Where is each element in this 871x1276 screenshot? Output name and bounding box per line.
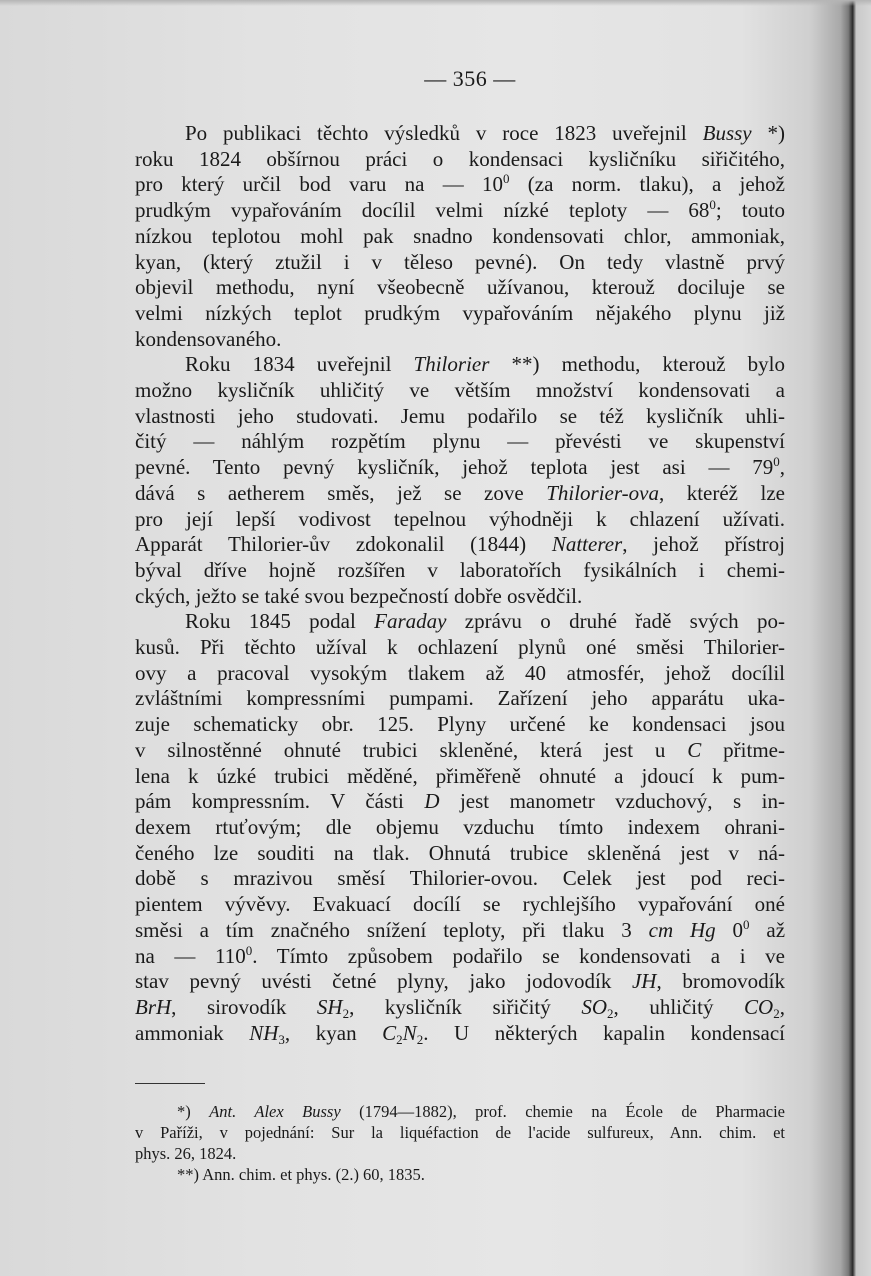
text-line: lena k úzké trubici měděné, přiměřeně oh… <box>135 764 785 790</box>
footnote-divider <box>135 1083 205 1084</box>
italic-run: Natterer <box>552 532 622 556</box>
text-line: ovy a pracoval vysokým tlakem až 40 atmo… <box>135 661 785 687</box>
text-run: době s mrazivou směsí Thilorier-ovou. Ce… <box>135 866 785 890</box>
text-line: čeného lze souditi na tlak. Ohnutá trubi… <box>135 841 785 867</box>
top-edge-shadow <box>0 0 871 6</box>
footnotes: *) Ant. Alex Bussy (1794—1882), prof. ch… <box>135 1101 785 1185</box>
text-run: . Tímto způsobem podařilo se kondensovat… <box>252 944 785 968</box>
text-run: objevil methodu, nyní všeobecně užívanou… <box>135 275 785 299</box>
text-line: Roku 1845 podal Faraday zprávu o druhé ř… <box>135 609 785 635</box>
text-run: dexem rtuťovým; dle objemu vzduchu tímto… <box>135 815 785 839</box>
italic-run: D <box>424 789 439 813</box>
text-line: pám kompressním. V části D jest manometr… <box>135 789 785 815</box>
text-run: možno kysličník uhličitý ve větším množs… <box>135 378 785 402</box>
text-line: stav pevný uvésti četné plyny, jako jodo… <box>135 969 785 995</box>
text-run: vlastnosti jeho studovati. Jemu podařilo… <box>135 404 785 428</box>
footnote-line: phys. 26, 1824. <box>135 1143 785 1164</box>
text-run: stav pevný uvésti četné plyny, jako jodo… <box>135 969 632 993</box>
italic-run: JH <box>632 969 657 993</box>
text-run: dává s aetherem směs, jež se zove <box>135 481 546 505</box>
text-run: býval dříve hojně rozšířen v laboratoříc… <box>135 558 785 582</box>
text-run: , bromovodík <box>656 969 785 993</box>
text-run: , <box>780 455 785 479</box>
text-run: v silnostěnné ohnuté trubici skleněné, k… <box>135 738 687 762</box>
text-line: kyan, (který ztužil i v těleso pevné). O… <box>135 250 785 276</box>
italic-run: Bussy <box>703 121 752 145</box>
text-line: dexem rtuťovým; dle objemu vzduchu tímto… <box>135 815 785 841</box>
text-run: lena k úzké trubici měděné, přiměřeně oh… <box>135 764 785 788</box>
text-line: na — 1100. Tímto způsobem podařilo se ko… <box>135 944 785 970</box>
body-text: Po publikaci těchto výsledků v roce 1823… <box>135 121 785 1046</box>
text-run: pro její lepší vodivost tepelnou výhodně… <box>135 507 785 531</box>
text-line: kusů. Při těchto užíval k ochlazení plyn… <box>135 635 785 661</box>
italic-run: BrH <box>135 995 171 1019</box>
text-run: *) <box>177 1102 209 1121</box>
text-line: době s mrazivou směsí Thilorier-ovou. Ce… <box>135 866 785 892</box>
text-run: ; touto <box>716 198 785 222</box>
text-run: pientem vývěvy. Evakuací docílí se rychl… <box>135 892 785 916</box>
text-line: v silnostěnné ohnuté trubici skleněné, k… <box>135 738 785 764</box>
paragraph: Roku 1834 uveřejnil Thilorier **) method… <box>135 352 785 609</box>
text-run: . U některých kapalin kondensací <box>423 1021 785 1045</box>
text-run: nízkou teplotou mohl pak snadno kondenso… <box>135 224 785 248</box>
text-run: Apparát Thilorier-ův zdokonalil (1844) <box>135 532 552 556</box>
text-line: roku 1824 obšírnou práci o kondensaci ky… <box>135 147 785 173</box>
text-run: kondensovaného. <box>135 327 281 351</box>
text-run: ammoniak <box>135 1021 249 1045</box>
text-run: zprávu o druhé řadě svých po- <box>446 609 785 633</box>
text-run: zuje schematicky obr. 125. Plyny určené … <box>135 712 785 736</box>
text-line: pro který určil bod varu na — 100 (za no… <box>135 172 785 198</box>
footnote-line: v Paříži, v pojednání: Sur la liquéfacti… <box>135 1122 785 1143</box>
text-line: pientem vývěvy. Evakuací docílí se rychl… <box>135 892 785 918</box>
italic-run: cm Hg <box>649 918 716 942</box>
paragraph: Roku 1845 podal Faraday zprávu o druhé ř… <box>135 609 785 1046</box>
text-line: Apparát Thilorier-ův zdokonalil (1844) N… <box>135 532 785 558</box>
text-run: směsi a tím značného snížení teploty, př… <box>135 918 649 942</box>
text-run: roku 1824 obšírnou práci o kondensaci ky… <box>135 147 785 171</box>
text-run: čeného lze souditi na tlak. Ohnutá trubi… <box>135 841 785 865</box>
text-line: velmi nízkých teplot prudkým vypařováním… <box>135 301 785 327</box>
text-line: vlastnosti jeho studovati. Jemu podařilo… <box>135 404 785 430</box>
text-run: , <box>780 995 785 1019</box>
text-run: , jehož přístroj <box>622 532 785 556</box>
text-run: Roku 1834 uveřejnil <box>185 352 414 376</box>
text-line: pro její lepší vodivost tepelnou výhodně… <box>135 507 785 533</box>
text-line: Po publikaci těchto výsledků v roce 1823… <box>135 121 785 147</box>
text-run: *) <box>752 121 785 145</box>
text-run: pro který určil bod varu na — 10 <box>135 172 503 196</box>
text-run: (1794—1882), prof. chemie na École de Ph… <box>341 1102 785 1121</box>
text-run: kyan, (který ztužil i v těleso pevné). O… <box>135 250 785 274</box>
text-run: pevné. Tento pevný kysličník, jehož tepl… <box>135 455 773 479</box>
scanned-page: — 356 — Po publikaci těchto výsledků v r… <box>0 0 871 1276</box>
footnote-line: **) Ann. chim. et phys. (2.) 60, 1835. <box>135 1164 785 1185</box>
text-run: , kysličník siřičitý <box>349 995 581 1019</box>
text-run: , kyan <box>285 1021 382 1045</box>
text-line: prudkým vypařováním docílil velmi nízké … <box>135 198 785 224</box>
text-run: , sirovodík <box>171 995 317 1019</box>
text-line: objevil methodu, nyní všeobecně užívanou… <box>135 275 785 301</box>
text-run: zvláštními kompressními pumpami. Zařízen… <box>135 686 785 710</box>
text-run: velmi nízkých teplot prudkým vypařováním… <box>135 301 785 325</box>
text-run: čitý — náhlým rozpětím plynu — převésti … <box>135 429 785 453</box>
text-run: pám kompressním. V části <box>135 789 424 813</box>
text-line: ammoniak NH3, kyan C2N2. U některých kap… <box>135 1021 785 1047</box>
text-line: možno kysličník uhličitý ve větším množs… <box>135 378 785 404</box>
italic-run: C <box>382 1021 396 1045</box>
text-run: , kteréž lze <box>659 481 785 505</box>
text-run: **) methodu, kterouž bylo <box>489 352 785 376</box>
text-run: Roku 1845 podal <box>185 609 374 633</box>
text-run: přitme- <box>701 738 785 762</box>
italic-run: Ant. Alex Bussy <box>209 1102 340 1121</box>
italic-run: C <box>687 738 701 762</box>
italic-run: SO <box>581 995 607 1019</box>
italic-run: SH <box>317 995 343 1019</box>
footnote-line: *) Ant. Alex Bussy (1794—1882), prof. ch… <box>135 1101 785 1122</box>
text-run: v Paříži, v pojednání: Sur la liquéfacti… <box>135 1123 785 1142</box>
text-line: ckých, ježto se také svou bezpečností do… <box>135 584 785 610</box>
text-run: phys. 26, 1824. <box>135 1144 236 1163</box>
text-line: kondensovaného. <box>135 327 785 353</box>
text-line: čitý — náhlým rozpětím plynu — převésti … <box>135 429 785 455</box>
text-run: ovy a pracoval vysokým tlakem až 40 atmo… <box>135 661 785 685</box>
footnote: *) Ant. Alex Bussy (1794—1882), prof. ch… <box>135 1101 785 1164</box>
text-run: prudkým vypařováním docílil velmi nízké … <box>135 198 709 222</box>
footnote: **) Ann. chim. et phys. (2.) 60, 1835. <box>135 1164 785 1185</box>
text-line: směsi a tím značného snížení teploty, př… <box>135 918 785 944</box>
paragraph: Po publikaci těchto výsledků v roce 1823… <box>135 121 785 352</box>
italic-run: CO <box>744 995 773 1019</box>
text-run: (za norm. tlaku), a jehož <box>510 172 786 196</box>
text-line: BrH, sirovodík SH2, kysličník siřičitý S… <box>135 995 785 1021</box>
italic-run: N <box>403 1021 417 1045</box>
text-run: ckých, ježto se také svou bezpečností do… <box>135 584 582 608</box>
text-run: na — 110 <box>135 944 246 968</box>
text-line: pevné. Tento pevný kysličník, jehož tepl… <box>135 455 785 481</box>
text-run: až <box>750 918 786 942</box>
text-line: Roku 1834 uveřejnil Thilorier **) method… <box>135 352 785 378</box>
italic-run: NH <box>249 1021 278 1045</box>
text-run: , uhličitý <box>614 995 745 1019</box>
text-run: Po publikaci těchto výsledků v roce 1823… <box>185 121 703 145</box>
text-line: dává s aetherem směs, jež se zove Thilor… <box>135 481 785 507</box>
text-line: zuje schematicky obr. 125. Plyny určené … <box>135 712 785 738</box>
text-line: nízkou teplotou mohl pak snadno kondenso… <box>135 224 785 250</box>
text-run: 0 <box>716 918 743 942</box>
text-line: zvláštními kompressními pumpami. Zařízen… <box>135 686 785 712</box>
text-run: **) Ann. chim. et phys. (2.) 60, 1835. <box>177 1165 425 1184</box>
italic-run: Thilorier <box>414 352 490 376</box>
text-run: kusů. Při těchto užíval k ochlazení plyn… <box>135 635 785 659</box>
page-number: — 356 — <box>0 66 871 92</box>
text-line: býval dříve hojně rozšířen v laboratoříc… <box>135 558 785 584</box>
italic-run: Faraday <box>374 609 446 633</box>
text-run: jest manometr vzduchový, s in- <box>439 789 785 813</box>
italic-run: Thilorier-ova <box>546 481 659 505</box>
